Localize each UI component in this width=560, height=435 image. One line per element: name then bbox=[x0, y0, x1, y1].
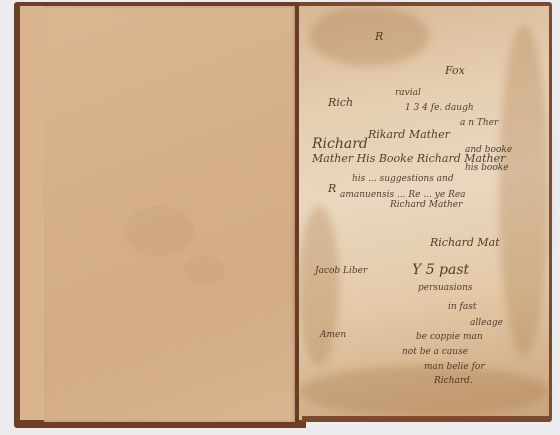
paper-stain bbox=[184, 256, 224, 286]
inscription: Rikard Mather bbox=[368, 128, 450, 141]
inscription: his ... suggestions and bbox=[352, 174, 454, 184]
inscription: not be a cause bbox=[402, 347, 468, 357]
inscription: amanuensis ... Re ... ye Rea bbox=[340, 190, 466, 200]
inscription: ravial bbox=[395, 88, 421, 98]
inscription: man belie for bbox=[424, 362, 485, 372]
blank-flyleaf bbox=[44, 6, 296, 422]
page-stain bbox=[309, 6, 429, 66]
inscription: Amen bbox=[320, 330, 346, 340]
inscription: 1 3 4 fe. daugh bbox=[405, 103, 474, 113]
inscription: Richard. bbox=[434, 376, 473, 386]
inscription: Richard Mather bbox=[390, 200, 462, 210]
paper-stain bbox=[124, 206, 194, 256]
inscription: alleage bbox=[470, 318, 503, 328]
inscription: Y 5 past bbox=[412, 262, 469, 278]
inscription: Richard Mat bbox=[430, 236, 500, 249]
page-stain bbox=[299, 366, 549, 416]
inscription: R bbox=[375, 30, 383, 43]
inscription: be coppie man bbox=[416, 332, 483, 342]
inscription: R bbox=[328, 182, 336, 195]
inscription: a n Ther bbox=[460, 118, 498, 128]
inscription: Jacob Liber bbox=[315, 266, 367, 276]
inscription: in fast bbox=[448, 302, 476, 312]
page-stain bbox=[299, 206, 339, 366]
inscription: persuasions bbox=[418, 283, 473, 293]
page-stain bbox=[499, 26, 549, 356]
inscription: Fox bbox=[445, 64, 465, 77]
inscription: his booke bbox=[465, 163, 509, 173]
inscription: Richard bbox=[312, 136, 368, 152]
inscription: Rich bbox=[328, 96, 353, 109]
